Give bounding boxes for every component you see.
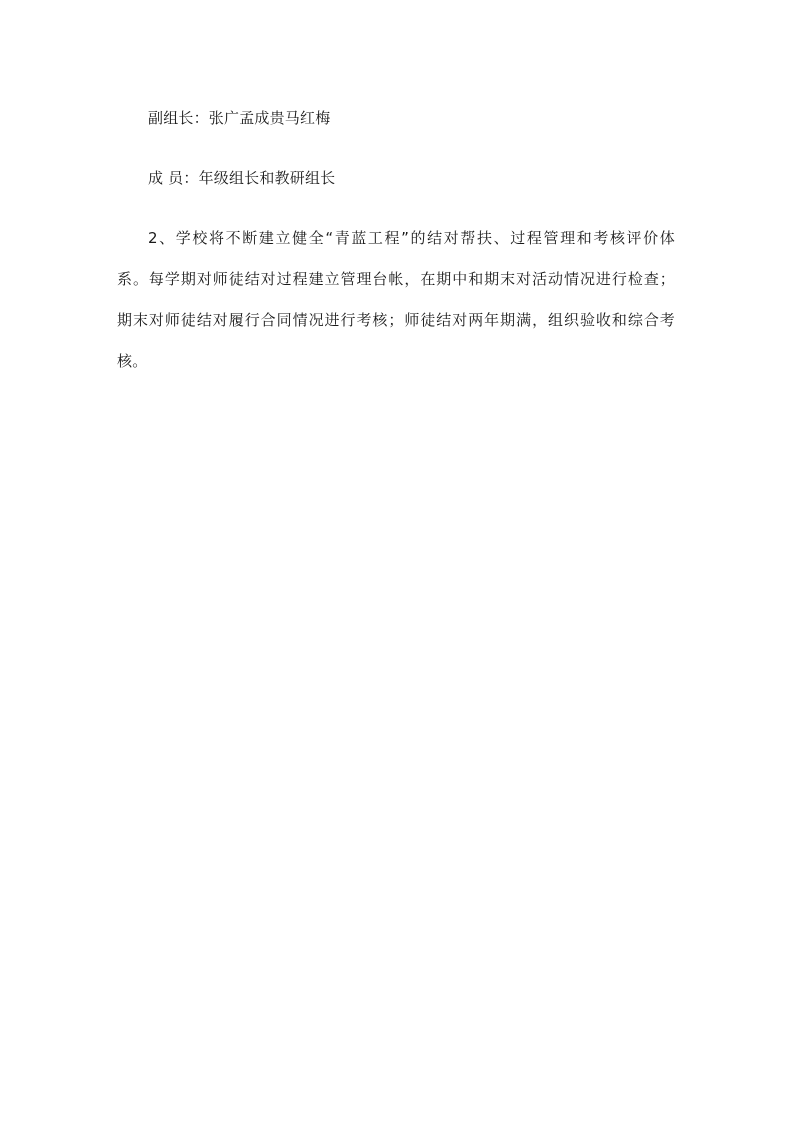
document-page: 副组长：张广孟成贵马红梅 成 员：年级组长和教研组长 2、学校将不断建立健全“青… [0,0,793,1122]
paragraph-line-4: 核。 [117,351,147,371]
paragraph-line-1: 2、学校将不断建立健全“青蓝工程”的结对帮扶、过程管理和考核评价体 [148,228,675,248]
vice-leader-line: 副组长：张广孟成贵马红梅 [148,108,330,128]
members-line: 成 员：年级组长和教研组长 [148,168,335,188]
paragraph-line-2: 系。每学期对师徒结对过程建立管理台帐，在期中和期末对活动情况进行检查； [117,269,675,289]
paragraph-line-3: 期末对师徒结对履行合同情况进行考核；师徒结对两年期满，组织验收和综合考 [117,310,675,330]
